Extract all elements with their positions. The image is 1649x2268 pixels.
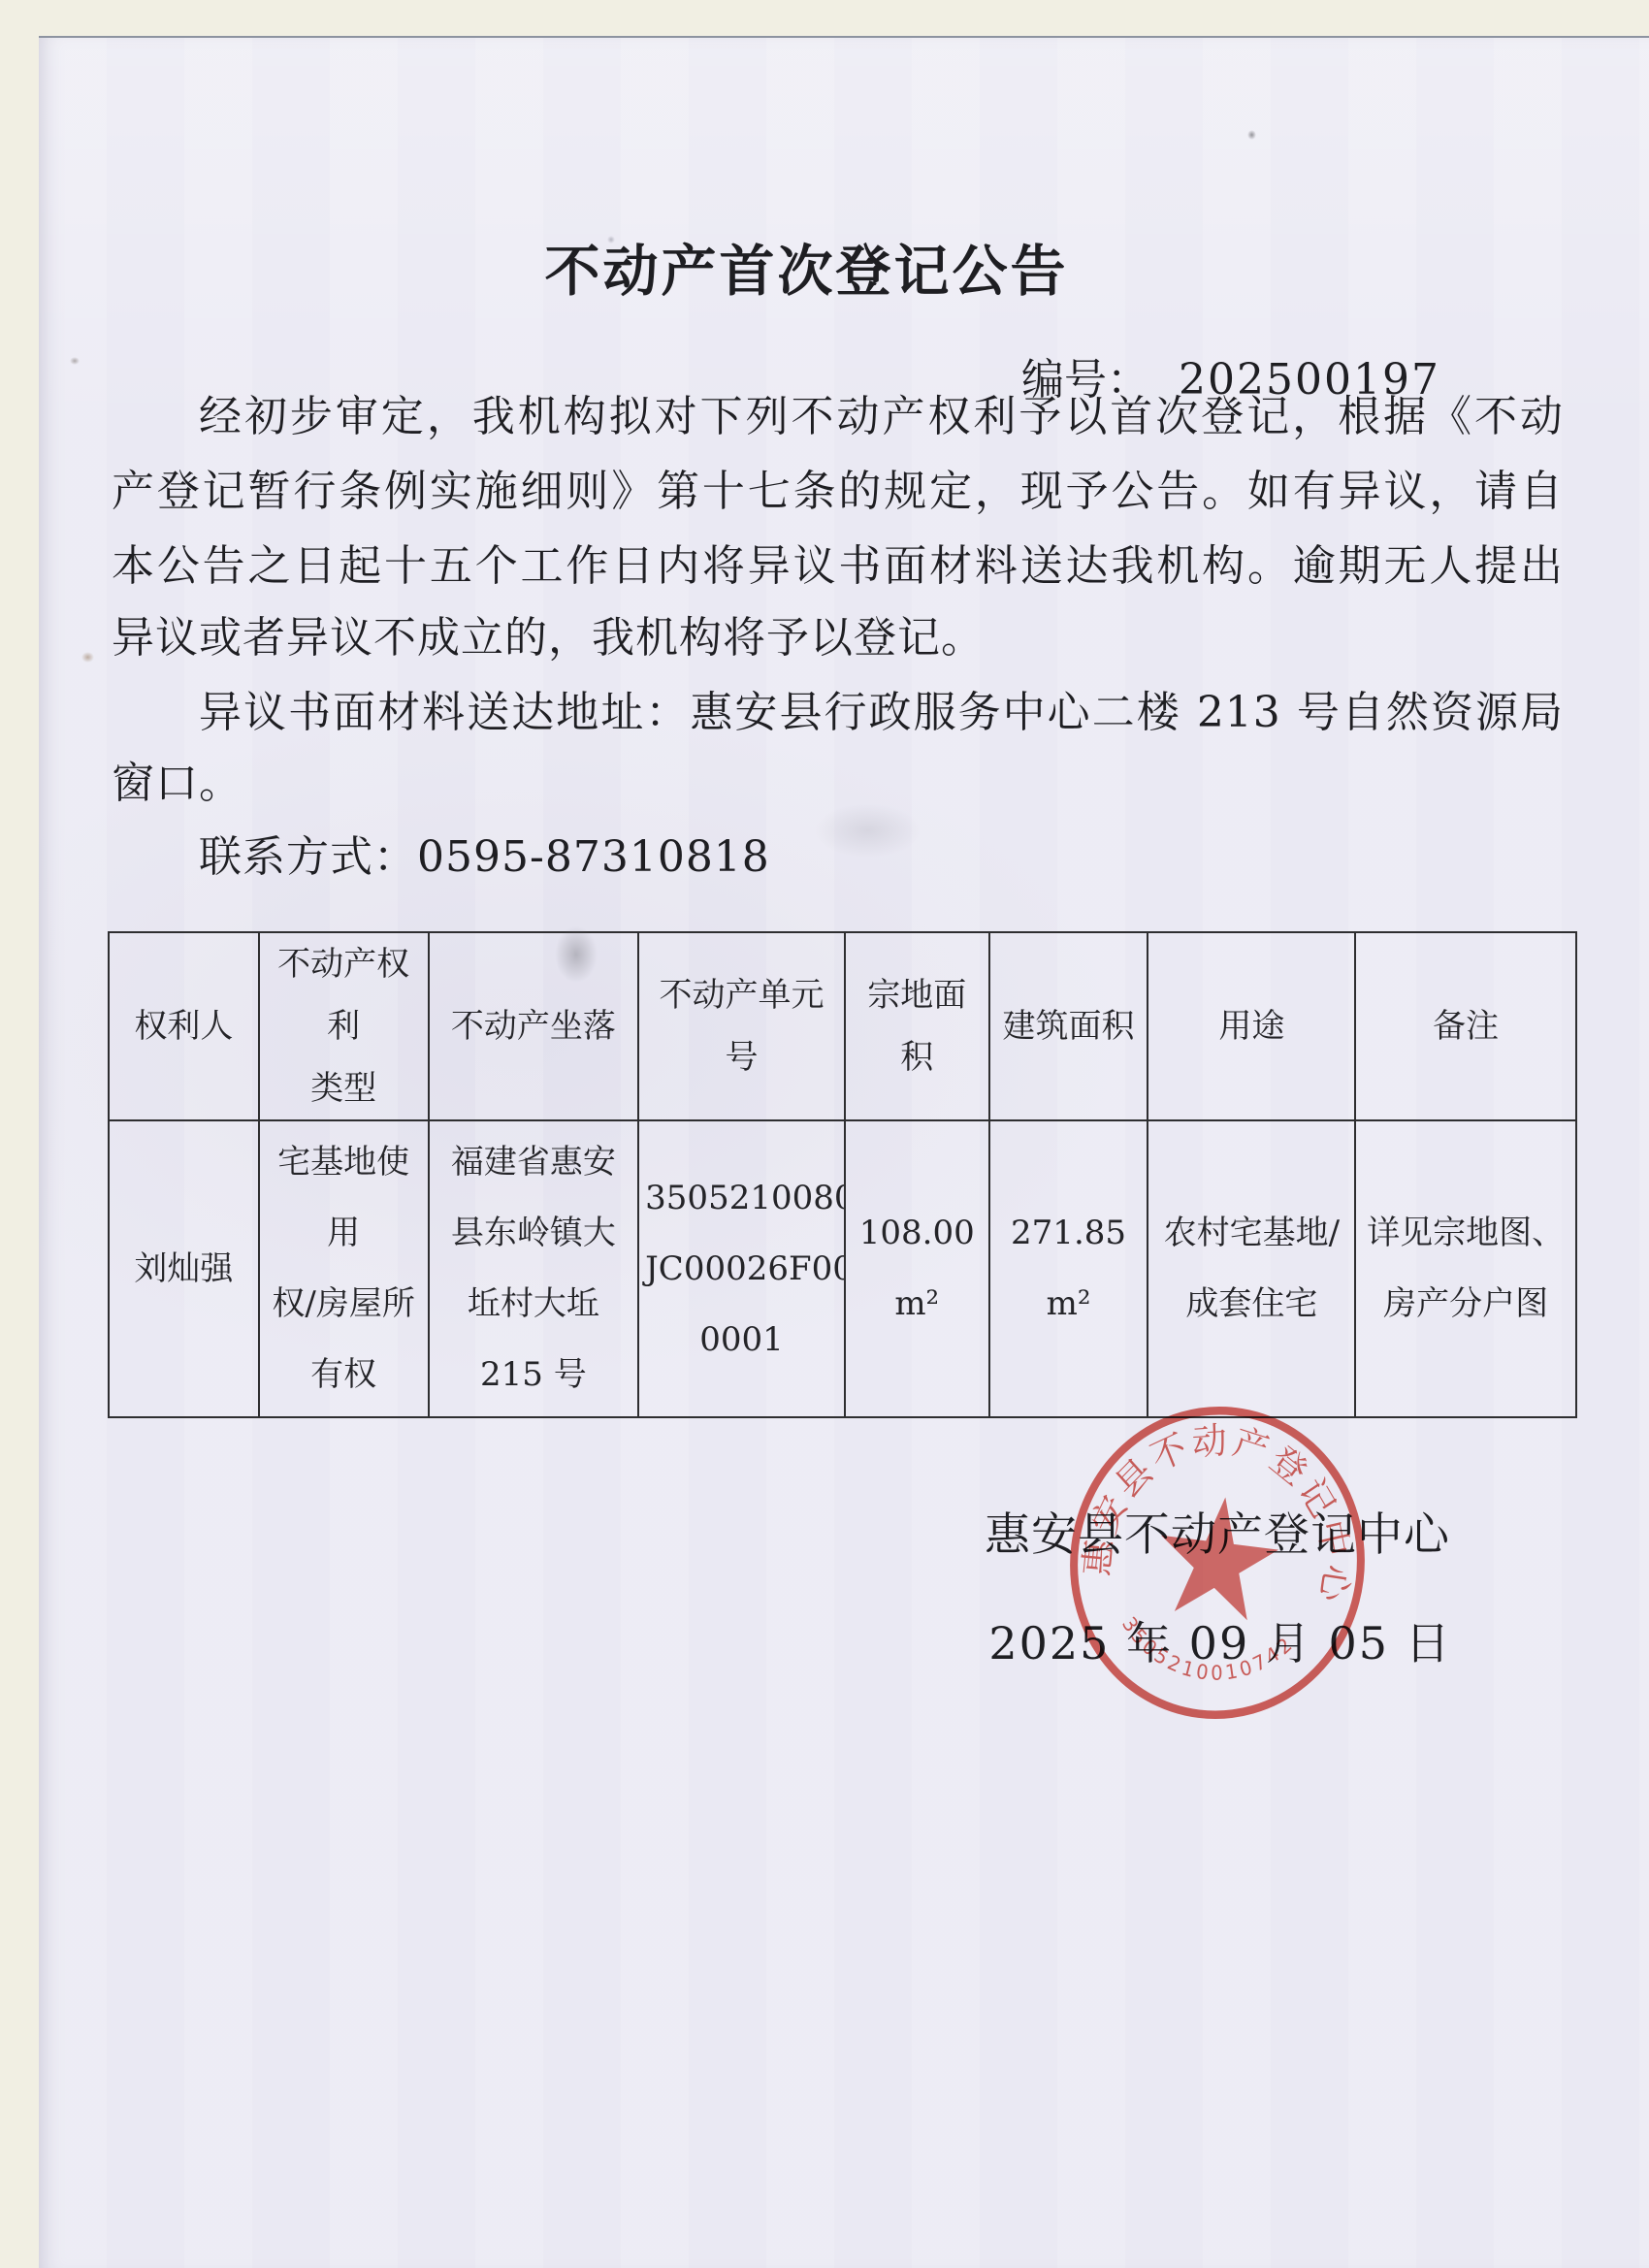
header-cell: 不动产单元号 — [638, 932, 845, 1120]
scan-speck — [81, 652, 94, 663]
header-cell: 权利人 — [109, 932, 259, 1120]
header-cell: 不动产权利类型 — [259, 932, 429, 1120]
header-cell: 不动产坐落 — [429, 932, 639, 1120]
data-cell: 刘灿强 — [109, 1120, 259, 1417]
header-cell: 宗地面积 — [845, 932, 989, 1120]
table-row: 刘灿强宅基地使用权/房屋所有权福建省惠安县东岭镇大坵村大坵215 号350521… — [109, 1120, 1576, 1417]
data-cell: 350521008008JC00026F00010001 — [638, 1120, 845, 1417]
header-cell: 备注 — [1355, 932, 1576, 1120]
scan-speck — [70, 357, 80, 365]
body-line: 联系方式：0595-87310818 — [112, 828, 1564, 887]
official-seal: 惠安县不动产登记中心 3505210010742 — [1023, 1360, 1410, 1766]
data-cell: 108.00 m² — [845, 1120, 989, 1417]
page-title: 不动产首次登记公告 — [81, 239, 1533, 305]
body-line: 异议或者异议不成立的，我机构将予以登记。 — [112, 609, 1564, 667]
body-line: 经初步审定，我机构拟对下列不动产权利予以首次登记，根据《不动 — [112, 388, 1564, 446]
scanned-page: 不动产首次登记公告 编号：202500197 经初步审定，我机构拟对下列不动产权… — [0, 0, 1649, 2268]
data-cell: 福建省惠安县东岭镇大坵村大坵215 号 — [429, 1120, 639, 1417]
scan-speck — [1247, 130, 1256, 140]
header-cell: 用途 — [1148, 932, 1355, 1120]
data-cell: 详见宗地图、房产分户图 — [1355, 1120, 1576, 1417]
document-content: 不动产首次登记公告 编号：202500197 经初步审定，我机构拟对下列不动产权… — [0, 0, 1649, 2268]
body-line: 异议书面材料送达地址：惠安县行政服务中心二楼 213 号自然资源局 — [112, 684, 1564, 742]
svg-text:3505210010742: 3505210010742 — [1112, 1610, 1301, 1696]
data-cell: 宅基地使用权/房屋所有权 — [259, 1120, 429, 1417]
body-line: 窗口。 — [112, 755, 1564, 813]
star-icon — [1152, 1490, 1284, 1623]
body-line: 本公告之日起十五个工作日内将异议书面材料送达我机构。逾期无人提出 — [112, 537, 1564, 596]
header-cell: 建筑面积 — [989, 932, 1148, 1120]
seal-number: 3505210010742 — [1112, 1610, 1301, 1696]
body-line: 产登记暂行条例实施细则》第十七条的规定，现予公告。如有异议，请自 — [112, 463, 1564, 521]
property-table: 权利人不动产权利类型不动产坐落不动产单元号宗地面积建筑面积用途备注刘灿强宅基地使… — [108, 931, 1577, 1418]
